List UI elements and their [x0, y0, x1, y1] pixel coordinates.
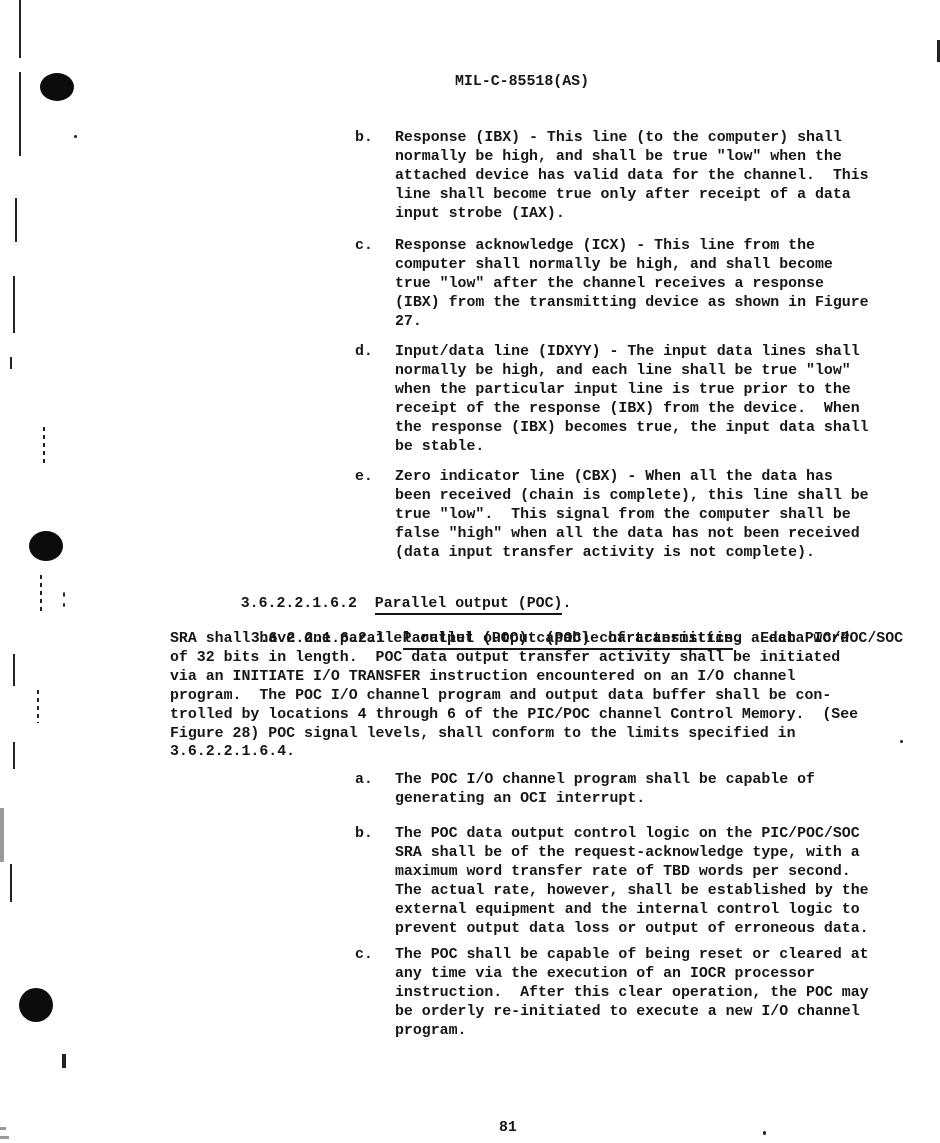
paragraph-body: SRA shall have one parallel output (POC)…: [170, 630, 858, 762]
list-letter: c.: [355, 237, 373, 256]
scan-line-artifact: [15, 198, 17, 242]
scan-smudge-artifact: [0, 808, 4, 862]
list-item-text: The POC shall be capable of being reset …: [395, 946, 869, 1041]
scan-line-artifact: [10, 864, 12, 902]
scan-line-artifact: [13, 742, 15, 769]
scan-dot-artifact: [74, 135, 77, 138]
scan-line-artifact: [13, 276, 15, 333]
scan-line-artifact: [19, 72, 21, 156]
scan-line-artifact: [19, 0, 21, 58]
scan-dot-artifact: [63, 592, 65, 597]
list-letter: a.: [355, 771, 373, 790]
scan-tick-artifact: [62, 1054, 66, 1068]
list-item-text: The POC data output control logic on the…: [395, 825, 869, 938]
binder-hole-icon: [40, 73, 74, 101]
section-number: 3.6.2.2.1.6.2: [241, 596, 375, 612]
scan-dot-artifact: [763, 1131, 766, 1135]
scan-dashed-artifact: [37, 690, 39, 723]
binder-hole-icon: [29, 531, 63, 561]
page-number: 81: [499, 1119, 517, 1138]
scan-dashed-artifact: [40, 575, 42, 613]
section-title-period: .: [562, 596, 571, 612]
list-letter: c.: [355, 946, 373, 965]
list-item-text: Input/data line (IDXYY) - The input data…: [395, 343, 869, 456]
scan-dot-artifact: [900, 740, 903, 743]
scan-line-artifact: [13, 654, 15, 686]
scan-dot-artifact: [63, 603, 65, 607]
list-item-text: The POC I/O channel program shall be cap…: [395, 771, 815, 809]
document-number-header: MIL-C-85518(AS): [455, 73, 589, 92]
list-item-text: Response (IBX) - This line (to the compu…: [395, 129, 869, 224]
scanned-document-page: MIL-C-85518(AS) b. Response (IBX) - This…: [0, 0, 940, 1143]
list-item-text: Zero indicator line (CBX) - When all the…: [395, 468, 869, 563]
scan-smudge-artifact: [0, 1136, 9, 1139]
list-letter: d.: [355, 343, 373, 362]
list-letter: b.: [355, 825, 373, 844]
scan-smudge-artifact: [0, 1127, 6, 1130]
scan-dashed-artifact: [43, 427, 45, 463]
scan-line-artifact: [10, 357, 12, 369]
binder-hole-icon: [19, 988, 53, 1022]
list-letter: b.: [355, 129, 373, 148]
list-letter: e.: [355, 468, 373, 487]
list-item-text: Response acknowledge (ICX) - This line f…: [395, 237, 869, 332]
